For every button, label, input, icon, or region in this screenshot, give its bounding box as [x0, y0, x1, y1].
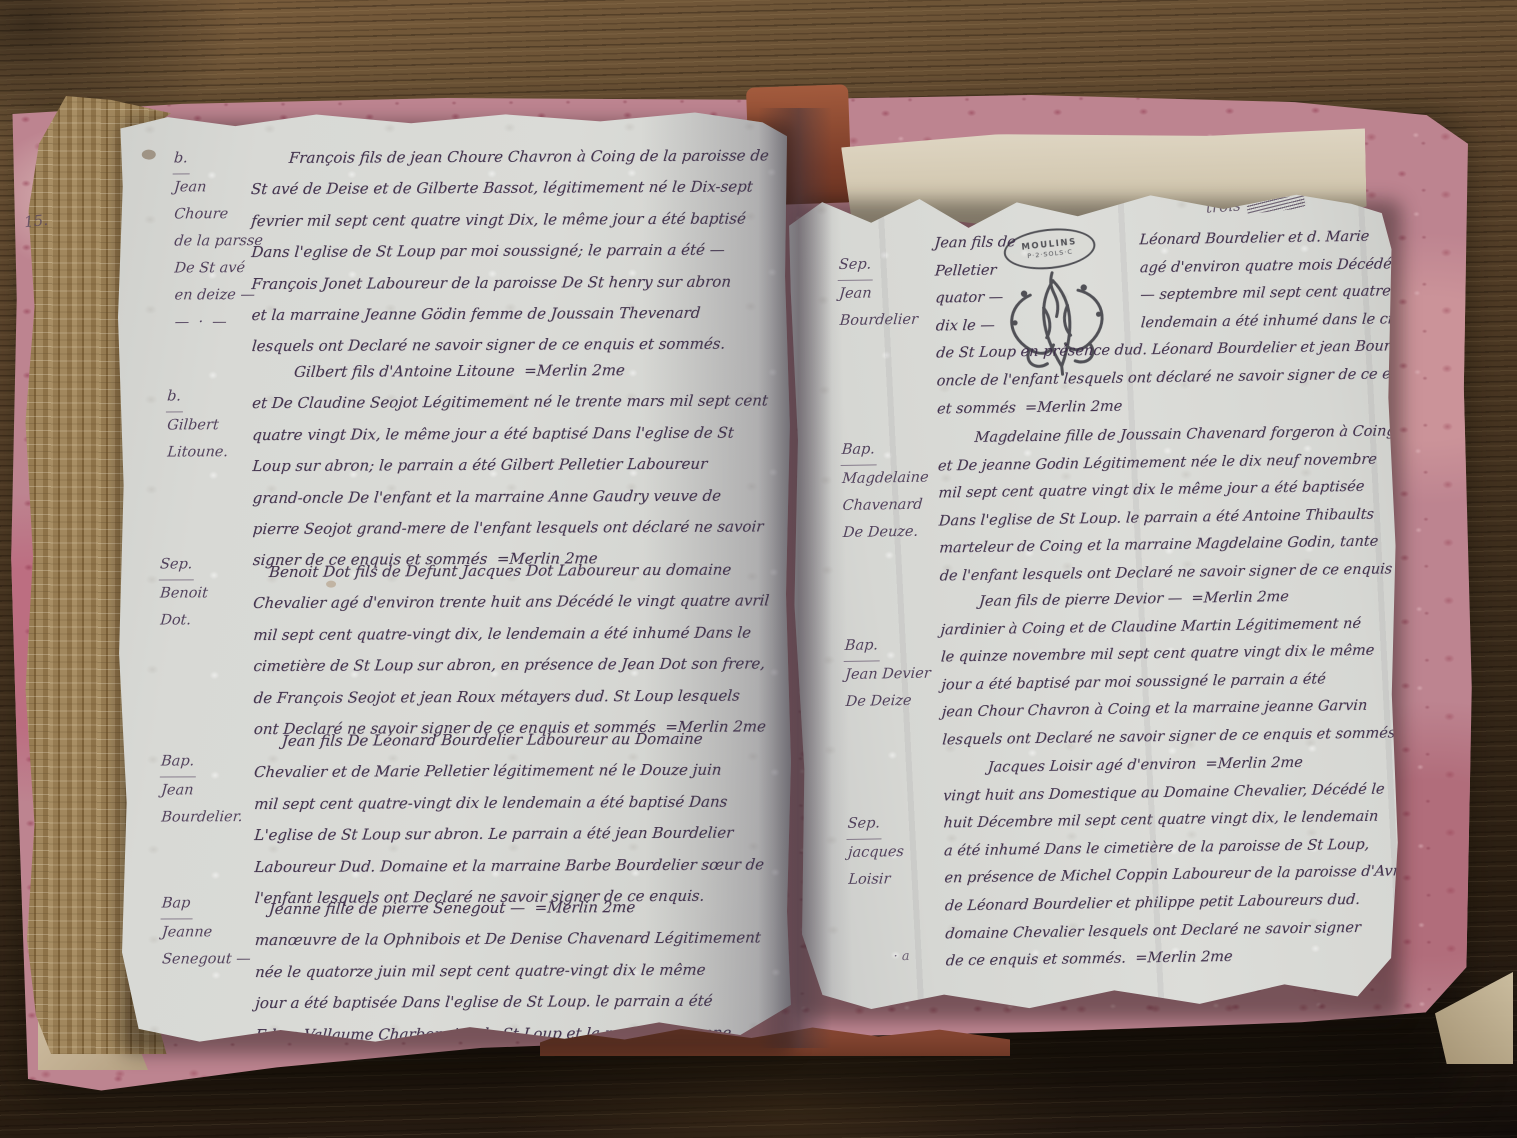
- line-fragment: Pelletier: [934, 262, 997, 279]
- margin-label: Magdelaine: [841, 464, 943, 493]
- margin-label: Bourdelier.: [160, 804, 267, 832]
- margin-label: De Deuze.: [842, 518, 944, 547]
- margin-label: b.: [173, 145, 192, 174]
- manuscript-line: Jean fils De Léonard Bourdelier Laboureu…: [253, 723, 778, 757]
- margin-annotation: Sep.jacquesLoisir: [847, 809, 948, 894]
- manuscript-line: Laboureur Dud. Domaine et la marraine Ba…: [253, 849, 778, 883]
- manuscript-line: Chevalier agé d'environ trente huit ans …: [252, 586, 777, 620]
- line-fragment: dix le —: [935, 317, 995, 334]
- margin-label: Sep.: [846, 810, 883, 840]
- manuscript-line: Gilbert fils d'Antoine Litoune =Merlin 2…: [251, 354, 776, 388]
- manuscript-line: Loup sur abron; le parrain a été Gilbert…: [251, 449, 776, 483]
- manuscript-line: François fils de jean Choure Chavron à C…: [250, 140, 775, 174]
- manuscript-line: quatre vingt Dix, le même jour a été bap…: [251, 417, 776, 451]
- entry-text: Jean fils De Léonard Bourdelier Laboureu…: [254, 723, 777, 914]
- margin-annotation: Sep.JeanBourdelier: [839, 250, 940, 335]
- manuscript-line: L'eglise de St Loup sur abron. Le parrai…: [253, 818, 778, 852]
- margin-label: Bourdelier: [839, 306, 941, 335]
- line-fragment: Jean fils de: [934, 234, 1016, 251]
- margin-label: Sep.: [838, 251, 875, 281]
- margin-label: Bap: [161, 890, 195, 919]
- margin-label: Jean: [160, 777, 267, 805]
- ink-mark: · a: [893, 949, 909, 964]
- margin-label: b.: [166, 383, 185, 412]
- manuscript-line: Dans l'eglise de St Loup par moi soussig…: [250, 235, 775, 269]
- line-fragment: — septembre mil sept cent quatre vingt: [1139, 278, 1433, 310]
- right-page: trois MOULINS P·2·SOLS·C: [786, 183, 1407, 1016]
- entry-text: Jean fils deLéonard Bourdelier et d. Mar…: [934, 223, 1387, 423]
- margin-label: Benoit: [159, 580, 266, 608]
- manuscript-line: fevrier mil sept cent quatre vingt Dix, …: [250, 203, 775, 237]
- entry-text: Jacques Loisir agé d'environ =Merlin 2me…: [942, 748, 1395, 976]
- manuscript-line: mil sept cent quatre-vingt dix le lendem…: [253, 786, 778, 820]
- manuscript-line: de François Seojot et jean Roux métayers…: [252, 680, 777, 714]
- margin-label: jacques: [847, 838, 949, 867]
- manuscript-line: de ce enquis et sommés. =Merlin 2me: [945, 941, 1397, 976]
- manuscript-line: manœuvre de la Ophnibois et De Denise Ch…: [254, 923, 779, 957]
- line-fragment: quator —: [935, 290, 1004, 307]
- margin-label: Loisir: [847, 865, 949, 894]
- manuscript-line: cimetière de St Loup sur abron, en prése…: [252, 649, 777, 683]
- margin-label: Dot.: [159, 607, 266, 635]
- margin-annotation: Bap.MagdelaineChavenardDe Deuze.: [841, 435, 943, 547]
- manuscript-line: Benoit Dot fils de Defunt Jacques Dot La…: [252, 554, 777, 588]
- manuscript-line: Jeanne fille de pierre Senegout — =Merli…: [253, 891, 778, 925]
- manuscript-line: St avé de Deise et de Gilberte Bassot, l…: [250, 172, 775, 206]
- margin-label: Bap.: [160, 748, 199, 777]
- margin-label: Jean Devier: [844, 660, 946, 689]
- margin-annotation: Bap.Jean DevierDe Deize: [844, 631, 945, 716]
- manuscript-line: pierre Seojot grand-mere de l'enfant les…: [251, 511, 776, 545]
- manuscript-line: et De Claudine Seojot Légitimement né le…: [251, 386, 776, 420]
- margin-label: Jean: [838, 279, 940, 308]
- margin-label: Bap.: [841, 436, 879, 466]
- margin-label: Jeanne: [161, 919, 268, 947]
- line-fragment: Léonard Bourdelier et d. Marie: [1138, 224, 1370, 255]
- manuscript-line: née le quatorze juin mil sept cent quatr…: [254, 954, 779, 988]
- paper-stain: [142, 150, 156, 160]
- margin-label: Chavenard: [842, 491, 944, 520]
- manuscript-line: et la marraine Jeanne Gödin femme de Jou…: [250, 297, 775, 331]
- entry-text: Benoit Dot fils de Defunt Jacques Dot La…: [253, 554, 776, 745]
- stub-page-number: 15.: [23, 211, 49, 231]
- entry-text: Jean fils de pierre Devior — =Merlin 2me…: [940, 582, 1393, 755]
- entry-text: Gilbert fils d'Antoine Litoune =Merlin 2…: [252, 354, 775, 577]
- margin-label: De Deize: [845, 687, 947, 716]
- photo-scene: 15. b.JeanChourede la parsseDe St avéen …: [0, 0, 1517, 1138]
- margin-label: Bap.: [844, 632, 882, 662]
- margin-label: Senegout —: [161, 946, 268, 974]
- entry-text: François fils de jean Choure Chavron à C…: [251, 140, 774, 363]
- manuscript-line: Chevalier et de Marie Pelletier légitime…: [253, 755, 778, 789]
- register-entry-baptism-francois: b.JeanChourede la parsseDe St avéen deiz…: [114, 140, 790, 144]
- manuscript-line: jour a été baptisée Dans l'eglise de St …: [254, 986, 779, 1020]
- margin-annotation: Bap.JeanBourdelier.: [161, 748, 266, 832]
- manuscript-line: grand-oncle De l'enfant et la marraine A…: [251, 480, 776, 514]
- entry-text: Magdelaine fille de Joussain Chavenard f…: [937, 418, 1390, 591]
- manuscript-line: François Jonet Laboureur de la paroisse …: [250, 266, 775, 300]
- margin-annotation: Sep.BenoitDot.: [160, 551, 265, 635]
- margin-label: Sep.: [159, 551, 197, 580]
- left-page: b.JeanChourede la parsseDe St avéen deiz…: [114, 108, 795, 1046]
- margin-annotation: BapJeanneSenegout —: [162, 890, 267, 974]
- manuscript-line: mil sept cent quatre-vingt dix, le lende…: [252, 617, 777, 651]
